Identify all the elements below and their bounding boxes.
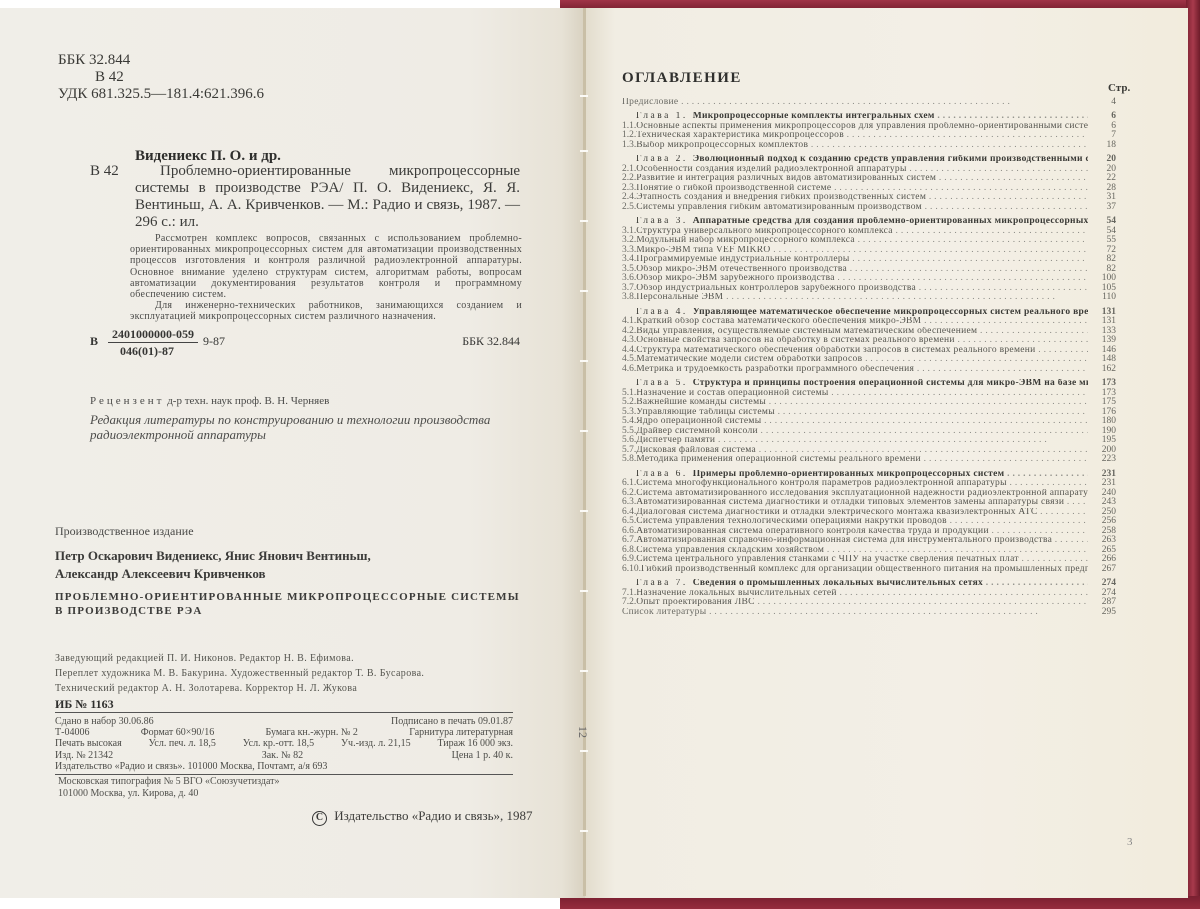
- toc-entry-title: Система автоматизированного исследования…: [636, 489, 1088, 498]
- toc-entry-page: 4: [1088, 98, 1118, 107]
- imprint-cell: Бумага кн.-журн. № 2: [265, 727, 357, 738]
- toc-entry-number: 1.2.: [622, 131, 636, 140]
- toc-entry-title: Система управления технологическими опер…: [636, 517, 1088, 526]
- toc-entry-number: 5.4.: [622, 417, 636, 426]
- copyright-line: C Издательство «Радио и связь», 1987: [312, 808, 533, 826]
- printer-info: Московская типография № 5 ВГО «Союзучети…: [58, 776, 280, 799]
- toc-entry-title: Техническая характеристика микропроцессо…: [636, 131, 1088, 140]
- toc-entry-number: 6.9.: [622, 555, 636, 564]
- catalog-denominator: 046(01)-87: [120, 344, 174, 359]
- toc-entry-title: Назначение и состав операционной системы: [636, 389, 1088, 398]
- toc-entry-title: Автоматизированная справочно-информацион…: [636, 536, 1088, 545]
- toc-entry-number: 2.5.: [622, 203, 636, 212]
- toc-entry: 4.1.Краткий обзор состава математическог…: [622, 317, 1118, 327]
- toc-entry-number: 5.8.: [622, 455, 636, 464]
- toc-chapter-page: 173: [1088, 379, 1118, 388]
- toc-chapter-label: Глава 1.: [636, 112, 693, 121]
- toc-entry-title: Опыт проектирования ЛВС: [636, 598, 1088, 607]
- toc-entry-number: 1.3.: [622, 141, 636, 150]
- toc-entry-title: Выбор микропроцессорных комплектов: [636, 141, 1088, 150]
- imprint-cell: Уч.-изд. л. 21,15: [341, 738, 411, 749]
- toc-entry-title: Важнейшие команды системы: [636, 398, 1088, 407]
- toc-entry-title: Гибкий производственный комплекс для орг…: [641, 565, 1088, 574]
- bibliographic-entry: Проблемно-ориентированные микропроцессор…: [135, 163, 520, 231]
- gutter-signature-number: 12: [575, 726, 590, 738]
- toc-entry-page: 131: [1088, 317, 1118, 326]
- toc-entry-number: 4.6.: [622, 365, 636, 374]
- toc-entry-number: 6.10.: [622, 565, 641, 574]
- toc-entry-page: 139: [1088, 336, 1118, 345]
- toc-entry-page: 22: [1088, 174, 1118, 183]
- toc-chapter: Глава 1. Микропроцессорные комплекты инт…: [622, 112, 1118, 122]
- toc-entry-title: Драйвер системной консоли: [636, 427, 1088, 436]
- toc-entry: 6.1.Система многофункционального контрол…: [622, 479, 1118, 489]
- toc-entry-page: 180: [1088, 417, 1118, 426]
- toc-entry: 3.8.Персональные ЭВМ110: [622, 293, 1118, 303]
- abstract: Рассмотрен комплекс вопросов, связанных …: [130, 233, 522, 323]
- toc-entry-title: Метрика и трудоемкость разработки програ…: [636, 365, 1088, 374]
- reviewer-label: Рецензент: [90, 395, 164, 407]
- toc-entry: 6.4.Диалоговая система диагностики и отл…: [622, 507, 1118, 517]
- toc-entry: 7.2.Опыт проектирования ЛВС287: [622, 598, 1118, 608]
- book-gutter: [583, 8, 586, 896]
- toc-entry-page: 287: [1088, 598, 1118, 607]
- toc-entry-page: 100: [1088, 274, 1118, 283]
- toc-entry: 5.2.Важнейшие команды системы175: [622, 398, 1118, 408]
- toc-entry: 5.8.Методика применения операционной сис…: [622, 455, 1118, 465]
- imprint-cell: Гарнитура литературная: [409, 727, 513, 738]
- toc-chapter: Глава 7. Сведения о промышленных локальн…: [622, 579, 1118, 589]
- toc-chapter-title: Глава 2. Эволюционный подход к созданию …: [636, 155, 1088, 164]
- toc-entry-title: Дисковая файловая система: [636, 446, 1088, 455]
- toc-entry-page: 110: [1088, 293, 1118, 302]
- stitch-mark: [580, 220, 588, 222]
- stitch-mark: [580, 670, 588, 672]
- ib-number: ИБ № 1163: [55, 697, 114, 712]
- toc-entry-page: 263: [1088, 536, 1118, 545]
- toc-chapter-label: Глава 2.: [636, 155, 693, 164]
- stitch-mark: [580, 95, 588, 97]
- stitch-mark: [580, 360, 588, 362]
- toc-entry-title: Этапность создания и внедрения гибких пр…: [636, 193, 1088, 202]
- toc-entry-title: Структура универсального микропроцессорн…: [636, 227, 1088, 236]
- toc-entry: 6.5.Система управления технологическими …: [622, 517, 1118, 527]
- imprint-cell: Сдано в набор 30.06.86: [55, 716, 154, 727]
- toc-entry-title: Автоматизированная система диагностики и…: [636, 498, 1088, 507]
- toc-entry-page: 55: [1088, 236, 1118, 245]
- toc-entry-title: Назначение локальных вычислительных сете…: [636, 589, 1088, 598]
- bbk-code: ББК 32.844: [58, 52, 264, 69]
- toc-entry: 4.5.Математические модели систем обработ…: [622, 355, 1118, 365]
- title-line: В ПРОИЗВОДСТВЕ РЭА: [55, 604, 520, 618]
- imprint-cell: Цена 1 р. 40 к.: [452, 750, 513, 761]
- toc-entry-page: 195: [1088, 436, 1118, 445]
- toc-entry-title: Модульный набор микропроцессорного компл…: [636, 236, 1088, 245]
- stitch-mark: [580, 750, 588, 752]
- toc-entry-page: 148: [1088, 355, 1118, 364]
- toc-entry-title: Микро-ЭВМ типа VEF MIKRO: [636, 246, 1088, 255]
- toc-entry: 4.2.Виды управления, осуществляемые сист…: [622, 326, 1118, 336]
- toc-entry-number: 5.2.: [622, 398, 636, 407]
- imprint-row: Издательство «Радио и связь». 101000 Мос…: [55, 761, 513, 772]
- imprint-cell: Усл. кр.-отт. 18,5: [243, 738, 314, 749]
- udk-code: УДК 681.325.5—181.4:621.396.6: [58, 86, 264, 103]
- authors-full-names: Петр Оскарович Видениекс, Янис Янович Ве…: [55, 547, 371, 583]
- toc-entry-number: 7.2.: [622, 598, 636, 607]
- reviewer-name: д-р техн. наук проф. В. Н. Черняев: [167, 395, 329, 407]
- toc-entry: 2.3.Понятие о гибкой производственной си…: [622, 183, 1118, 193]
- book-cover-edge-right: [1186, 0, 1200, 909]
- toc-chapter: Глава 6. Примеры проблемно-ориентированн…: [622, 469, 1118, 479]
- toc-entry-title: Персональные ЭВМ: [636, 293, 1088, 302]
- editorial-staff: Заведующий редакцией П. И. Никонов. Реда…: [55, 651, 424, 696]
- toc-preface: Предисловие4: [622, 97, 1118, 107]
- author-mark: В 42: [58, 69, 264, 86]
- toc-entry: 1.2.Техническая характеристика микропроц…: [622, 131, 1118, 141]
- toc-entry-title: Особенности создания изделий радиоэлектр…: [636, 165, 1088, 174]
- staff-line: Технический редактор А. Н. Золотарева. К…: [55, 681, 424, 696]
- imprint-block: Сдано в набор 30.06.86Подписано в печать…: [55, 712, 513, 775]
- imprint-row: Печать высокаяУсл. печ. л. 18,5Усл. кр.-…: [55, 738, 513, 749]
- toc-entry: 5.4.Ядро операционной системы180: [622, 417, 1118, 427]
- catalog-bbk: ББК 32.844: [462, 334, 520, 349]
- toc-entry: 6.6.Автоматизированная система оперативн…: [622, 526, 1118, 536]
- toc-entry-title: Понятие о гибкой производственной систем…: [636, 184, 1088, 193]
- toc-chapter: Глава 4. Управляющее математическое обес…: [622, 307, 1118, 317]
- toc-chapter: Глава 5. Структура и принципы построения…: [622, 379, 1118, 389]
- catalog-numerator: 2401000000-059: [108, 327, 198, 343]
- catalog-suffix: 9-87: [203, 334, 225, 349]
- toc-chapter-label: Глава 3.: [636, 217, 693, 226]
- toc-entry-number: 5.6.: [622, 436, 636, 445]
- toc-chapter-title: Глава 7. Сведения о промышленных локальн…: [636, 579, 1088, 588]
- toc-chapter-label: Глава 6.: [636, 470, 693, 479]
- abstract-paragraph: Рассмотрен комплекс вопросов, связанных …: [130, 233, 522, 300]
- stitch-mark: [580, 430, 588, 432]
- printer-line: 101000 Москва, ул. Кирова, д. 40: [58, 788, 280, 800]
- imprint-cell: Усл. печ. л. 18,5: [149, 738, 216, 749]
- imprint-row: Изд. № 21342Зак. № 82Цена 1 р. 40 к.: [55, 750, 513, 761]
- imprint-cell: Тираж 16 000 экз.: [437, 738, 513, 749]
- toc-chapter-label: Глава 4.: [636, 308, 693, 317]
- toc-entry-page: 266: [1088, 555, 1118, 564]
- toc-chapter-page: 274: [1088, 579, 1118, 588]
- toc-entry-number: 6.3.: [622, 498, 636, 507]
- toc-entry-number: 6.5.: [622, 517, 636, 526]
- page-number: 3: [1127, 836, 1133, 848]
- book-title-caps: ПРОБЛЕМНО-ОРИЕНТИРОВАННЫЕ МИКРОПРОЦЕССОР…: [55, 590, 520, 618]
- toc-entry-title: Обзор микро-ЭВМ отечественного производс…: [636, 265, 1088, 274]
- authors-line: Александр Алексеевич Кривченков: [55, 565, 371, 583]
- toc-entry: 3.2.Модульный набор микропроцессорного к…: [622, 236, 1118, 246]
- toc-entry: 2.2.Развитие и интеграция различных видо…: [622, 174, 1118, 184]
- stitch-mark: [580, 830, 588, 832]
- toc-entry-page: 175: [1088, 398, 1118, 407]
- toc-entry-title: Автоматизированная система оперативного …: [636, 527, 1088, 536]
- toc-entry-title: Система центрального управления станками…: [636, 555, 1088, 564]
- toc-entry: 3.5.Обзор микро-ЭВМ отечественного произ…: [622, 264, 1118, 274]
- toc-entry-page: 256: [1088, 517, 1118, 526]
- page-column-label: Стр.: [1108, 82, 1130, 94]
- table-of-contents: Предисловие4Глава 1. Микропроцессорные к…: [622, 97, 1118, 617]
- toc-entry-title: Обзор индустриальных контроллеров зарубе…: [636, 284, 1088, 293]
- toc-entry: 6.3.Автоматизированная система диагности…: [622, 498, 1118, 508]
- toc-entry: 2.4.Этапность создания и внедрения гибки…: [622, 193, 1118, 203]
- toc-chapter-label: Глава 7.: [636, 579, 693, 588]
- toc-entry-page: 7: [1088, 131, 1118, 140]
- toc-entry: 6.10.Гибкий производственный комплекс дл…: [622, 564, 1118, 574]
- toc-entry-title: Управляющие таблицы системы: [636, 408, 1088, 417]
- toc-entry: 6.2.Система автоматизированного исследов…: [622, 488, 1118, 498]
- toc-entry-page: 31: [1088, 193, 1118, 202]
- catalog-index: В 2401000000-059 046(01)-87 9-87 ББК 32.…: [90, 327, 520, 361]
- bbk-udk-header: ББК 32.844 В 42 УДК 681.325.5—181.4:621.…: [58, 52, 264, 103]
- toc-entry-number: 6.7.: [622, 536, 636, 545]
- toc-entry-title: Развитие и интеграция различных видов ав…: [636, 174, 1088, 183]
- toc-entry-title: Основные свойства запросов на обработку …: [636, 336, 1088, 345]
- toc-entry: 1.3.Выбор микропроцессорных комплектов18: [622, 140, 1118, 150]
- toc-chapter-title: Глава 1. Микропроцессорные комплекты инт…: [636, 112, 1088, 121]
- stitch-mark: [580, 590, 588, 592]
- toc-entry-page: 82: [1088, 255, 1118, 264]
- toc-entry: 1.1.Основные аспекты применения микропро…: [622, 121, 1118, 131]
- toc-chapter-page: 6: [1088, 112, 1118, 121]
- toc-entry-title: Краткий обзор состава математического об…: [636, 317, 1088, 326]
- toc-entry-number: 2.2.: [622, 174, 636, 183]
- stitch-mark: [580, 150, 588, 152]
- toc-chapter-page: 54: [1088, 217, 1118, 226]
- imprint-cell: Печать высокая: [55, 738, 122, 749]
- toc-entry-title: Виды управления, осуществляемые системны…: [636, 327, 1088, 336]
- toc-entry: 2.1.Особенности создания изделий радиоэл…: [622, 164, 1118, 174]
- toc-entry: 2.5.Системы управления гибким автоматизи…: [622, 202, 1118, 212]
- toc-chapter-title: Глава 6. Примеры проблемно-ориентированн…: [636, 470, 1088, 479]
- toc-entry-number: 3.4.: [622, 255, 636, 264]
- toc-entry-page: 243: [1088, 498, 1118, 507]
- abstract-paragraph: Для инженерно-технических работников, за…: [130, 300, 522, 322]
- toc-entry-title: Структура математического обеспечения об…: [636, 346, 1088, 355]
- toc-entry-title: Основные аспекты применения микропроцесс…: [636, 122, 1088, 131]
- toc-entry-title: Ядро операционной системы: [636, 417, 1088, 426]
- toc-entry: 3.4.Программируемые индустриальные контр…: [622, 255, 1118, 265]
- toc-entry-title: Системы управления гибким автоматизирова…: [636, 203, 1088, 212]
- toc-entry-number: 4.5.: [622, 355, 636, 364]
- toc-entry-title: Программируемые индустриальные контролле…: [636, 255, 1088, 264]
- toc-entry: 3.6.Обзор микро-ЭВМ зарубежного производ…: [622, 274, 1118, 284]
- staff-line: Переплет художника М. В. Бакурина. Худож…: [55, 666, 424, 681]
- toc-entry-title: Обзор микро-ЭВМ зарубежного производства: [636, 274, 1088, 283]
- toc-chapter-page: 20: [1088, 155, 1118, 164]
- imprint-cell: Подписано в печать 09.01.87: [391, 716, 513, 727]
- toc-entry-page: 162: [1088, 365, 1118, 374]
- toc-entry-number: 3.2.: [622, 236, 636, 245]
- title-line: ПРОБЛЕМНО-ОРИЕНТИРОВАННЫЕ МИКРОПРОЦЕССОР…: [55, 590, 520, 604]
- toc-entry-title: Диспетчер памяти: [636, 436, 1088, 445]
- toc-entry-title: Система управления складским хозяйством: [636, 546, 1088, 555]
- copyright-icon: C: [312, 811, 327, 826]
- copyright-text: Издательство «Радио и связь», 1987: [334, 808, 532, 823]
- toc-entry-page: 18: [1088, 141, 1118, 150]
- toc-entry: 6.7.Автоматизированная справочно-информа…: [622, 536, 1118, 546]
- printer-line: Московская типография № 5 ВГО «Союзучети…: [58, 776, 280, 788]
- authors-line: Петр Оскарович Видениекс, Янис Янович Ве…: [55, 547, 371, 565]
- toc-entry: 5.3.Управляющие таблицы системы176: [622, 407, 1118, 417]
- toc-entry: 3.3.Микро-ЭВМ типа VEF MIKRO72: [622, 245, 1118, 255]
- imprint-cell: Формат 60×90/16: [141, 727, 214, 738]
- toc-entry-title: Список литературы: [622, 608, 1088, 617]
- toc-chapter-label: Глава 5.: [636, 379, 693, 388]
- toc-entry-number: 3.8.: [622, 293, 636, 302]
- toc-chapter-title: Глава 4. Управляющее математическое обес…: [636, 308, 1088, 317]
- toc-entry: 4.4.Структура математического обеспечени…: [622, 345, 1118, 355]
- toc-entry-number: 4.3.: [622, 336, 636, 345]
- toc-chapter-title: Глава 5. Структура и принципы построения…: [636, 379, 1088, 388]
- toc-entry: 3.7.Обзор индустриальных контроллеров за…: [622, 283, 1118, 293]
- toc-chapter: Глава 3. Аппаратные средства для создани…: [622, 217, 1118, 227]
- imprint-row: Сдано в набор 30.06.86Подписано в печать…: [55, 716, 513, 727]
- toc-entry: 6.8.Система управления складским хозяйст…: [622, 545, 1118, 555]
- author-mark-code: В 42: [90, 163, 119, 180]
- toc-entry-title: Предисловие: [622, 98, 1088, 107]
- reviewer-line: Рецензент д-р техн. наук проф. В. Н. Чер…: [90, 395, 329, 407]
- toc-entry: 5.5.Драйвер системной консоли190: [622, 426, 1118, 436]
- catalog-letter: В: [90, 334, 98, 349]
- toc-entry: 5.6.Диспетчер памяти195: [622, 436, 1118, 446]
- toc-entry: 7.1.Назначение локальных вычислительных …: [622, 588, 1118, 598]
- toc-entry: 6.9.Система центрального управления стан…: [622, 555, 1118, 565]
- toc-entry-page: 231: [1088, 479, 1118, 488]
- edition-type: Производственное издание: [55, 524, 194, 539]
- toc-entry-title: Методика применения операционной системы…: [636, 455, 1088, 464]
- staff-line: Заведующий редакцией П. И. Никонов. Реда…: [55, 651, 424, 666]
- imprint-cell: Т-04006: [55, 727, 89, 738]
- stitch-mark: [580, 290, 588, 292]
- editorial-office: Редакция литературы по конструированию и…: [90, 412, 530, 442]
- toc-entry-page: 223: [1088, 455, 1118, 464]
- toc-bibliography: Список литературы295: [622, 607, 1118, 617]
- imprint-cell: Издательство «Радио и связь». 101000 Мос…: [55, 761, 327, 772]
- toc-title: ОГЛАВЛЕНИЕ: [622, 70, 742, 87]
- toc-entry-title: Диалоговая система диагностики и отладки…: [636, 508, 1088, 517]
- toc-entry: 5.1.Назначение и состав операционной сис…: [622, 388, 1118, 398]
- toc-entry: 3.1.Структура универсального микропроцес…: [622, 226, 1118, 236]
- toc-entry-title: Математические модели систем обработки з…: [636, 355, 1088, 364]
- toc-entry-number: 6.1.: [622, 479, 636, 488]
- toc-chapter-title: Глава 3. Аппаратные средства для создани…: [636, 217, 1088, 226]
- imprint-row: Т-04006Формат 60×90/16Бумага кн.-журн. №…: [55, 727, 513, 738]
- imprint-cell: Изд. № 21342: [55, 750, 113, 761]
- toc-entry-number: 2.4.: [622, 193, 636, 202]
- toc-entry-number: 4.1.: [622, 317, 636, 326]
- toc-entry: 5.7.Дисковая файловая система200: [622, 445, 1118, 455]
- toc-chapter: Глава 2. Эволюционный подход к созданию …: [622, 155, 1118, 165]
- toc-entry: 4.3.Основные свойства запросов на обрабо…: [622, 336, 1118, 346]
- toc-entry-title: Система многофункционального контроля па…: [636, 479, 1088, 488]
- toc-entry-page: 37: [1088, 203, 1118, 212]
- toc-entry-number: 3.6.: [622, 274, 636, 283]
- stitch-mark: [580, 510, 588, 512]
- toc-entry-page: 267: [1088, 565, 1118, 574]
- toc-entry-page: 295: [1088, 608, 1118, 617]
- toc-entry: 4.6.Метрика и трудоемкость разработки пр…: [622, 364, 1118, 374]
- imprint-cell: Зак. № 82: [262, 750, 303, 761]
